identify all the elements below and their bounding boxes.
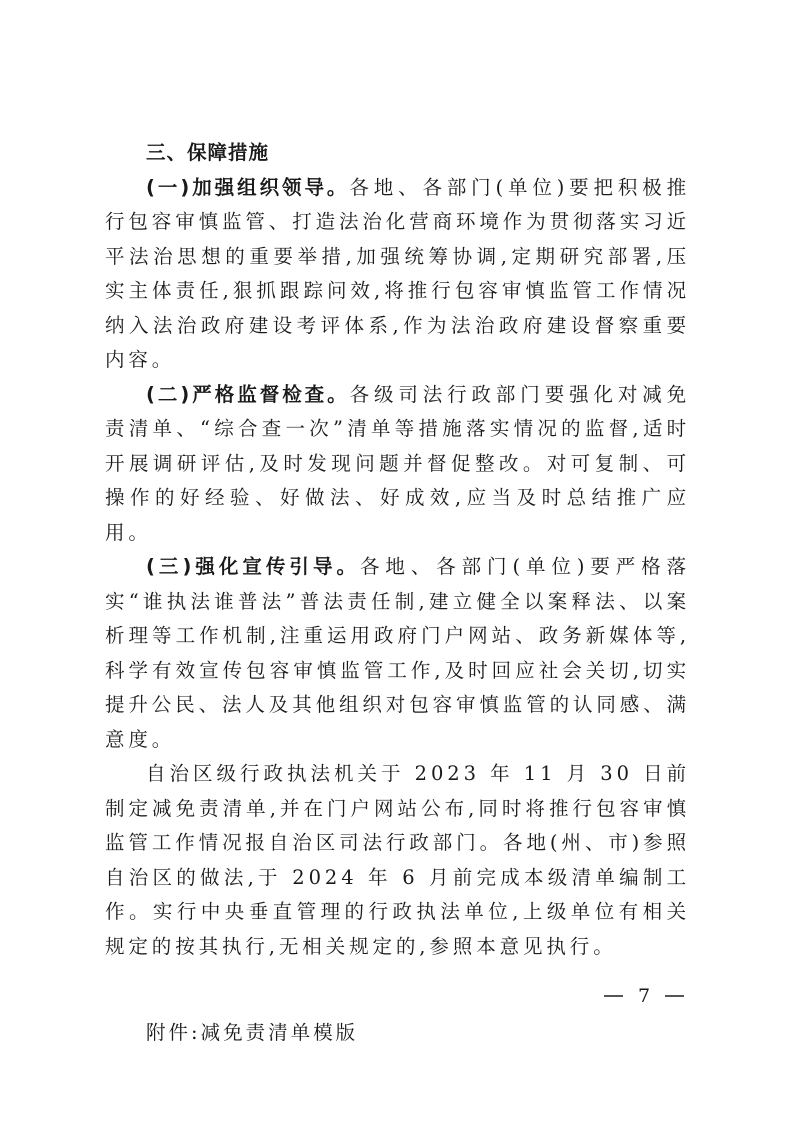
paragraph-text: 自治区级行政执法机关于 2023 年 11 月 30 日前制定减免责清单,并在门… [105, 762, 690, 958]
paragraph-supervision-inspection: (二)严格监督检查。各级司法行政部门要强化对减免责清单、“综合查一次”清单等措施… [105, 378, 690, 551]
paragraph-implementation-deadline: 自治区级行政执法机关于 2023 年 11 月 30 日前制定减免责清单,并在门… [105, 757, 690, 964]
dash-right [665, 995, 684, 997]
paragraph-organization-leadership: (一)加强组织领导。各地、各部门(单位)要把积极推行包容审慎监管、打造法治化营商… [105, 171, 690, 378]
page-number-value: 7 [638, 985, 650, 1007]
section-heading: 三、保障措施 [105, 136, 690, 171]
paragraph-text: 各地、各部门(单位)要严格落实“谁执法谁普法”普法责任制,建立健全以案释法、以案… [105, 555, 690, 751]
page-number: 7 [604, 985, 684, 1007]
paragraph-publicity-guidance: (三)强化宣传引导。各地、各部门(单位)要严格落实“谁执法谁普法”普法责任制,建… [105, 550, 690, 757]
paragraph-lead: (一)加强组织领导。 [146, 176, 349, 199]
document-page: 三、保障措施 (一)加强组织领导。各地、各部门(单位)要把积极推行包容审慎监管、… [0, 0, 793, 1122]
paragraph-text: 各级司法行政部门要强化对减免责清单、“综合查一次”清单等措施落实情况的监督,适时… [105, 383, 690, 544]
attachment-note: 附件:减免责清单模版 [105, 1016, 690, 1051]
paragraph-text: 各地、各部门(单位)要把积极推行包容审慎监管、打造法治化营商环境作为贯彻落实习近… [105, 176, 690, 372]
paragraph-lead: (三)强化宣传引导。 [146, 555, 360, 578]
dash-left [604, 995, 623, 997]
document-body: 三、保障措施 (一)加强组织领导。各地、各部门(单位)要把积极推行包容审慎监管、… [105, 136, 690, 1051]
paragraph-lead: (二)严格监督检查。 [146, 383, 350, 406]
